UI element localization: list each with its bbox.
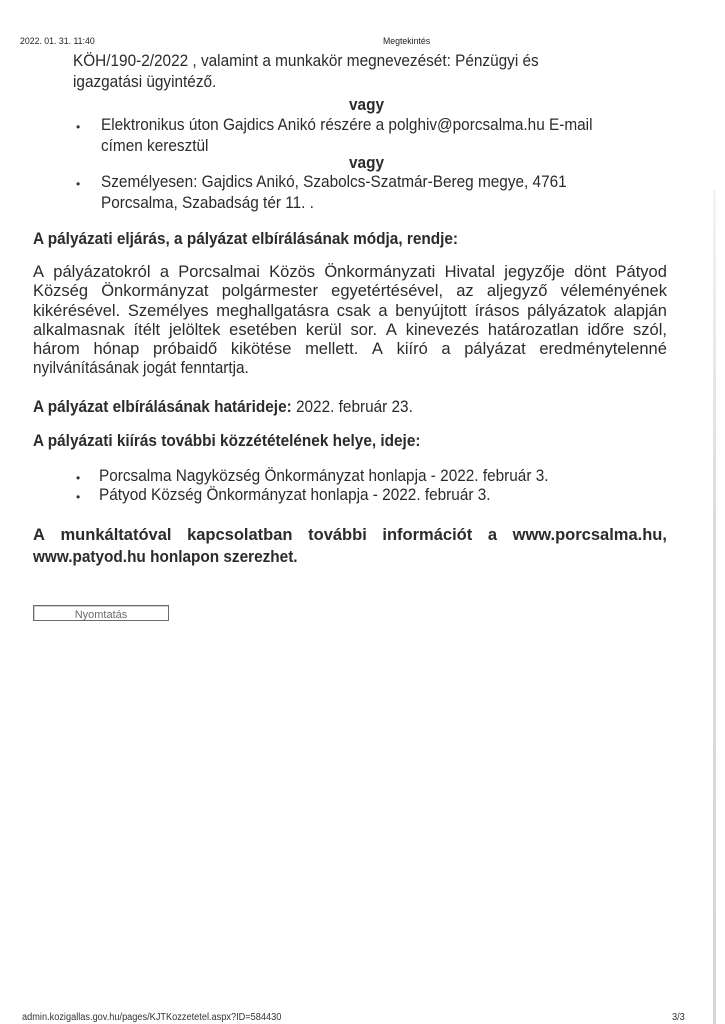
word: A	[372, 339, 383, 359]
word: pályázatok	[527, 301, 606, 321]
procedure-paragraph-line: kikérésével.Személyesmeghallgatásracsaka…	[33, 301, 667, 321]
electronic-line-2: címen keresztül	[101, 136, 208, 156]
personal-line-1: Személyesen: Gajdics Anikó, Szabolcs-Sza…	[101, 172, 567, 192]
word: szól,	[633, 320, 667, 340]
word: www.porcsalma.hu,	[513, 525, 667, 545]
bullet-icon: •	[76, 471, 80, 485]
publication-heading: A pályázati kiírás további közzétételéne…	[33, 431, 420, 451]
print-timestamp: 2022. 01. 31. 11:40	[20, 36, 95, 47]
word: hónap	[93, 339, 139, 359]
word: a	[378, 301, 387, 321]
word: ítélt	[134, 320, 161, 340]
word: mellett.	[305, 339, 358, 359]
submission-continuation-line-1: KÖH/190-2/2022 , valamint a munkakör meg…	[73, 51, 539, 71]
page-number: 3/3	[672, 1012, 685, 1023]
word: A	[386, 320, 397, 340]
word: munkáltatóval	[61, 525, 172, 545]
word: Pátyod	[616, 262, 667, 282]
word: kikötése	[231, 339, 292, 359]
word: a	[488, 525, 497, 545]
word: alkalmasnak	[33, 320, 125, 340]
word: benyújtott	[395, 301, 467, 321]
bullet-icon: •	[76, 120, 80, 134]
word: aljegyző	[487, 281, 548, 301]
word: kapcsolatban	[187, 525, 292, 545]
word: véleményének	[561, 281, 667, 301]
word: a	[441, 339, 450, 359]
word: meghallgatásra	[216, 301, 329, 321]
word: Hivatal	[445, 262, 495, 282]
deadline-value: 2022. február 23.	[292, 398, 413, 416]
word: csak	[337, 301, 371, 321]
employer-info-line-2: www.patyod.hu honlapon szerezhet.	[33, 547, 298, 567]
word: további	[308, 525, 367, 545]
or-separator: vagy	[349, 95, 384, 115]
deadline-line: A pályázat elbírálásának határideje: 202…	[33, 397, 413, 417]
word: egyetértésével,	[331, 281, 443, 301]
bullet-icon: •	[76, 177, 80, 191]
procedure-paragraph-line: háromhónappróbaidőkikötésemellett.Akiíró…	[33, 339, 667, 359]
deadline-label: A pályázat elbírálásának határideje:	[33, 398, 292, 416]
word: határozatlan	[488, 320, 579, 340]
word: három	[33, 339, 80, 359]
word: időre	[588, 320, 625, 340]
word: eredménytelenné	[539, 339, 667, 359]
word: kerül	[306, 320, 342, 340]
word: jegyzője	[504, 262, 565, 282]
word: információt	[382, 525, 472, 545]
word: dönt	[574, 262, 606, 282]
word: sor.	[350, 320, 377, 340]
word: Porcsalmai	[178, 262, 260, 282]
word: Közös	[269, 262, 315, 282]
word: kiíró	[397, 339, 428, 359]
word: írásos	[474, 301, 519, 321]
word: jelöltek	[169, 320, 220, 340]
procedure-paragraph-line: KözségÖnkormányzatpolgármesteregyetértés…	[33, 281, 667, 301]
publication-item-text: Pátyod Község Önkormányzat honlapja - 20…	[99, 485, 491, 505]
word: az	[456, 281, 473, 301]
word: A	[33, 262, 44, 282]
word: Önkormányzati	[324, 262, 435, 282]
word: pályázat	[464, 339, 525, 359]
word: Község	[33, 281, 88, 301]
word: A	[33, 525, 45, 545]
procedure-heading: A pályázati eljárás, a pályázat elbírálá…	[33, 229, 458, 249]
bullet-icon: •	[76, 490, 80, 504]
procedure-paragraph-last-line: nyilvánításának jogát fenntartja.	[33, 358, 249, 378]
word: pályázatokról	[53, 262, 150, 282]
word: Személyes	[128, 301, 209, 321]
submission-continuation-line-2: igazgatási ügyintéző.	[73, 72, 216, 92]
word: alapján	[614, 301, 667, 321]
footer-url: admin.kozigallas.gov.hu/pages/KJTKozzete…	[22, 1012, 281, 1023]
word: Önkormányzat	[101, 281, 208, 301]
scan-artifact-line	[713, 190, 716, 1024]
procedure-paragraph-line: ApályázatokrólaPorcsalmaiKözösÖnkormányz…	[33, 262, 667, 282]
employer-info-line-1: Amunkáltatóvalkapcsolatbantovábbiinformá…	[33, 525, 667, 545]
or-separator: vagy	[349, 153, 384, 173]
word: kinevezés	[406, 320, 479, 340]
word: esetében	[229, 320, 297, 340]
print-button[interactable]: Nyomtatás	[33, 605, 169, 621]
personal-line-2: Porcsalma, Szabadság tér 11. .	[101, 193, 314, 213]
procedure-paragraph-line: alkalmasnakítéltjelöltekesetébenkerülsor…	[33, 320, 667, 340]
word: a	[160, 262, 169, 282]
electronic-line-1: Elektronikus úton Gajdics Anikó részére …	[101, 115, 593, 135]
word: kikérésével.	[33, 301, 120, 321]
word: próbaidő	[153, 339, 217, 359]
word: polgármester	[222, 281, 318, 301]
publication-item-text: Porcsalma Nagyközség Önkormányzat honlap…	[99, 466, 549, 486]
page-title: Megtekintés	[383, 36, 430, 47]
